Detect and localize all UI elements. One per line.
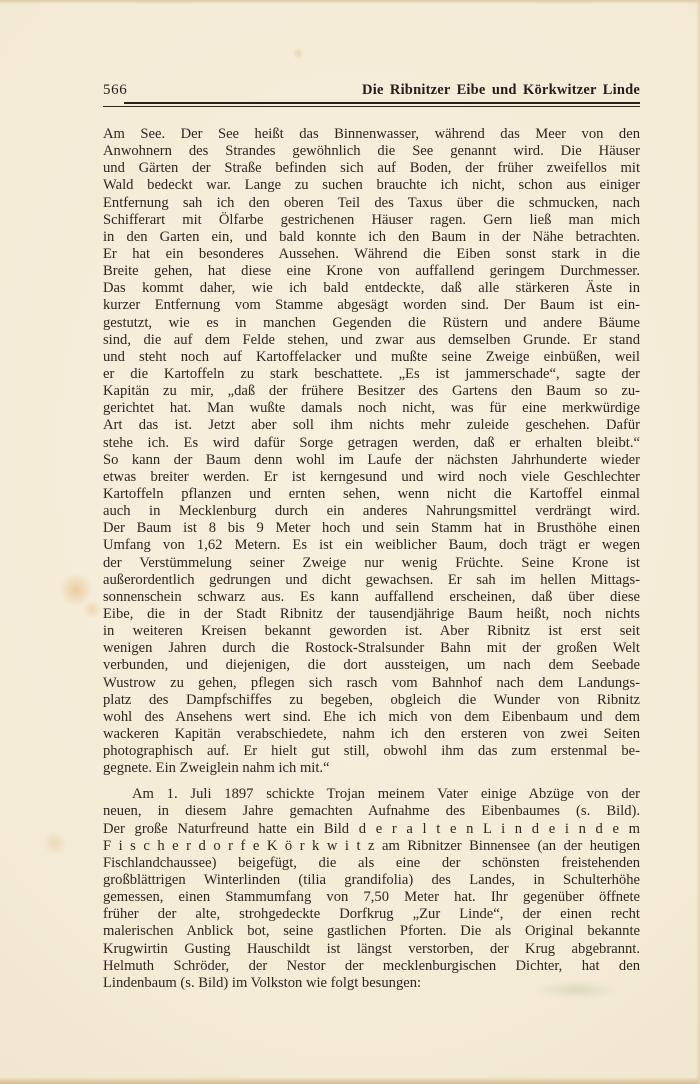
- page-edge-bottom: [0, 1077, 700, 1084]
- page-number: 566: [103, 82, 127, 99]
- text-line: großblättrigen Winterlinden (tilia grand…: [103, 872, 640, 889]
- text-line: etwas breiter werden. Er ist kerngesund …: [103, 469, 640, 486]
- text-line: Wald bedeckt war. Lange zu suchen brauch…: [103, 177, 640, 194]
- text-line: wenigen Jahren durch die Rostock-Stralsu…: [103, 640, 640, 657]
- text-line: Das kommt daher, wie ich bald entdeckte,…: [103, 280, 640, 297]
- text-line: Eibe, die in der Stadt Ribnitz der tause…: [103, 606, 640, 623]
- text-line: Lindenbaum (s. Bild) im Volkston wie fol…: [103, 975, 640, 992]
- text-line: Helmuth Schröder, der Nestor der mecklen…: [103, 958, 640, 975]
- text-line: Der Baum ist 8 bis 9 Meter hoch und sein…: [103, 520, 640, 537]
- text-line: Der große Naturfreund hatte ein Bild d e…: [103, 821, 640, 838]
- text-column: 566 Die Ribnitzer Eibe und Körkwitzer Li…: [103, 82, 640, 992]
- page-edge-top: [0, 0, 700, 4]
- text-line: F i s c h e r d o r f e K ö r k w i t z …: [103, 838, 640, 855]
- text-line: sind, die auf dem Felde stehen, und zwar…: [103, 332, 640, 349]
- text-line: Wustrow zu gehen, pflegen sich rasch vom…: [103, 675, 640, 692]
- book-page: 566 Die Ribnitzer Eibe und Körkwitzer Li…: [0, 0, 700, 1084]
- text-line: in weiteren Kreisen bekannt geworden ist…: [103, 623, 640, 640]
- text-line: gegnete. Ein Zweiglein nahm ich mit.“: [103, 760, 640, 777]
- running-title: Die Ribnitzer Eibe und Körkwitzer Linde: [362, 82, 640, 99]
- text-line: Er hat ein besonderes Aussehen. Während …: [103, 246, 640, 263]
- text-line: Am See. Der See heißt das Binnenwasser, …: [103, 126, 640, 143]
- page-header: 566 Die Ribnitzer Eibe und Körkwitzer Li…: [103, 82, 640, 99]
- text-line: und Gärten der Straße befinden sich auf …: [103, 160, 640, 177]
- fox-spot: [42, 832, 68, 854]
- paragraph-linde: Am 1. Juli 1897 schickte Trojan meinem V…: [103, 786, 640, 992]
- text-line: früher der alte, strohgedeckte Dorfkrug …: [103, 906, 640, 923]
- text-line: wohl des Ansehens wert sind. Ehe ich mic…: [103, 709, 640, 726]
- header-rule-thin: [103, 106, 640, 107]
- text-line: Schifferart mit Ölfarbe gestrichenen Häu…: [103, 212, 640, 229]
- text-line: der Verstümmelung seiner Zweige nur weni…: [103, 555, 640, 572]
- text-line: stehe ich. Es wird dafür Sorge getragen …: [103, 435, 640, 452]
- text-line: kurzer Entfernung vom Stamme abgesägt wo…: [103, 297, 640, 314]
- text-line: Anwohnern des Strandes gewöhnlich die Se…: [103, 143, 640, 160]
- text-line: Fischlandchaussee) beigefügt, die als ei…: [103, 855, 640, 872]
- text-line: Krugwirtin Gusting Hauschildt ist längst…: [103, 941, 640, 958]
- text-line: Kapitän zu mir, „daß der frühere Besitze…: [103, 383, 640, 400]
- text-line: So kann der Baum denn wohl im Laufe der …: [103, 452, 640, 469]
- text-line: er die Kartoffeln zu stark beschattete. …: [103, 366, 640, 383]
- text-line: Umfang von 1,62 Metern. Es ist ein weibl…: [103, 537, 640, 554]
- text-line: außerordentlich gedrungen und dicht gewa…: [103, 572, 640, 589]
- text-line: Entfernung sah ich den oberen Teil des T…: [103, 195, 640, 212]
- text-line: wackeren Kapitän verabschiedete, nahm ic…: [103, 726, 640, 743]
- text-line: Art das ist. Jetzt aber soll ihm nichts …: [103, 417, 640, 434]
- text-line: gerichtet hat. Man wußte damals noch nic…: [103, 400, 640, 417]
- header-rule-thick: [124, 102, 640, 104]
- text-line: in den Garten ein, und bald konnte ich d…: [103, 229, 640, 246]
- fox-spot: [58, 574, 94, 606]
- text-line: gestutzt, wie es in manchen Gegenden die…: [103, 315, 640, 332]
- text-line: verbunden, und diejenigen, die dort auss…: [103, 657, 640, 674]
- text-line: auch in Mecklenburg durch ein anderes Na…: [103, 503, 640, 520]
- text-line: Breite gehen, hat diese eine Krone von a…: [103, 263, 640, 280]
- text-line: sonnenschein schwarz aus. Es kann auffal…: [103, 589, 640, 606]
- text-line: Am 1. Juli 1897 schickte Trojan meinem V…: [103, 786, 640, 803]
- paragraph-eibe: Am See. Der See heißt das Binnenwasser, …: [103, 126, 640, 777]
- text-line: gemessen, einen Stammumfang von 7,50 Met…: [103, 889, 640, 906]
- text-line: photographisch auf. Er hielt gut still, …: [103, 743, 640, 760]
- header-rule: [103, 102, 640, 108]
- fox-spot: [82, 601, 102, 618]
- text-line: Kartoffeln pflanzen und ernten sehen, we…: [103, 486, 640, 503]
- text-line: malerischen Anblick bot, seine gastliche…: [103, 923, 640, 940]
- text-line: neuen, in diesem Jahre gemachten Aufnahm…: [103, 803, 640, 820]
- text-line: und steht noch auf Kartoffelacker und mu…: [103, 349, 640, 366]
- fox-spot: [292, 48, 305, 59]
- page-edge-right: [696, 0, 700, 1084]
- text-line: platz des Dampfschiffes zu begeben, obgl…: [103, 692, 640, 709]
